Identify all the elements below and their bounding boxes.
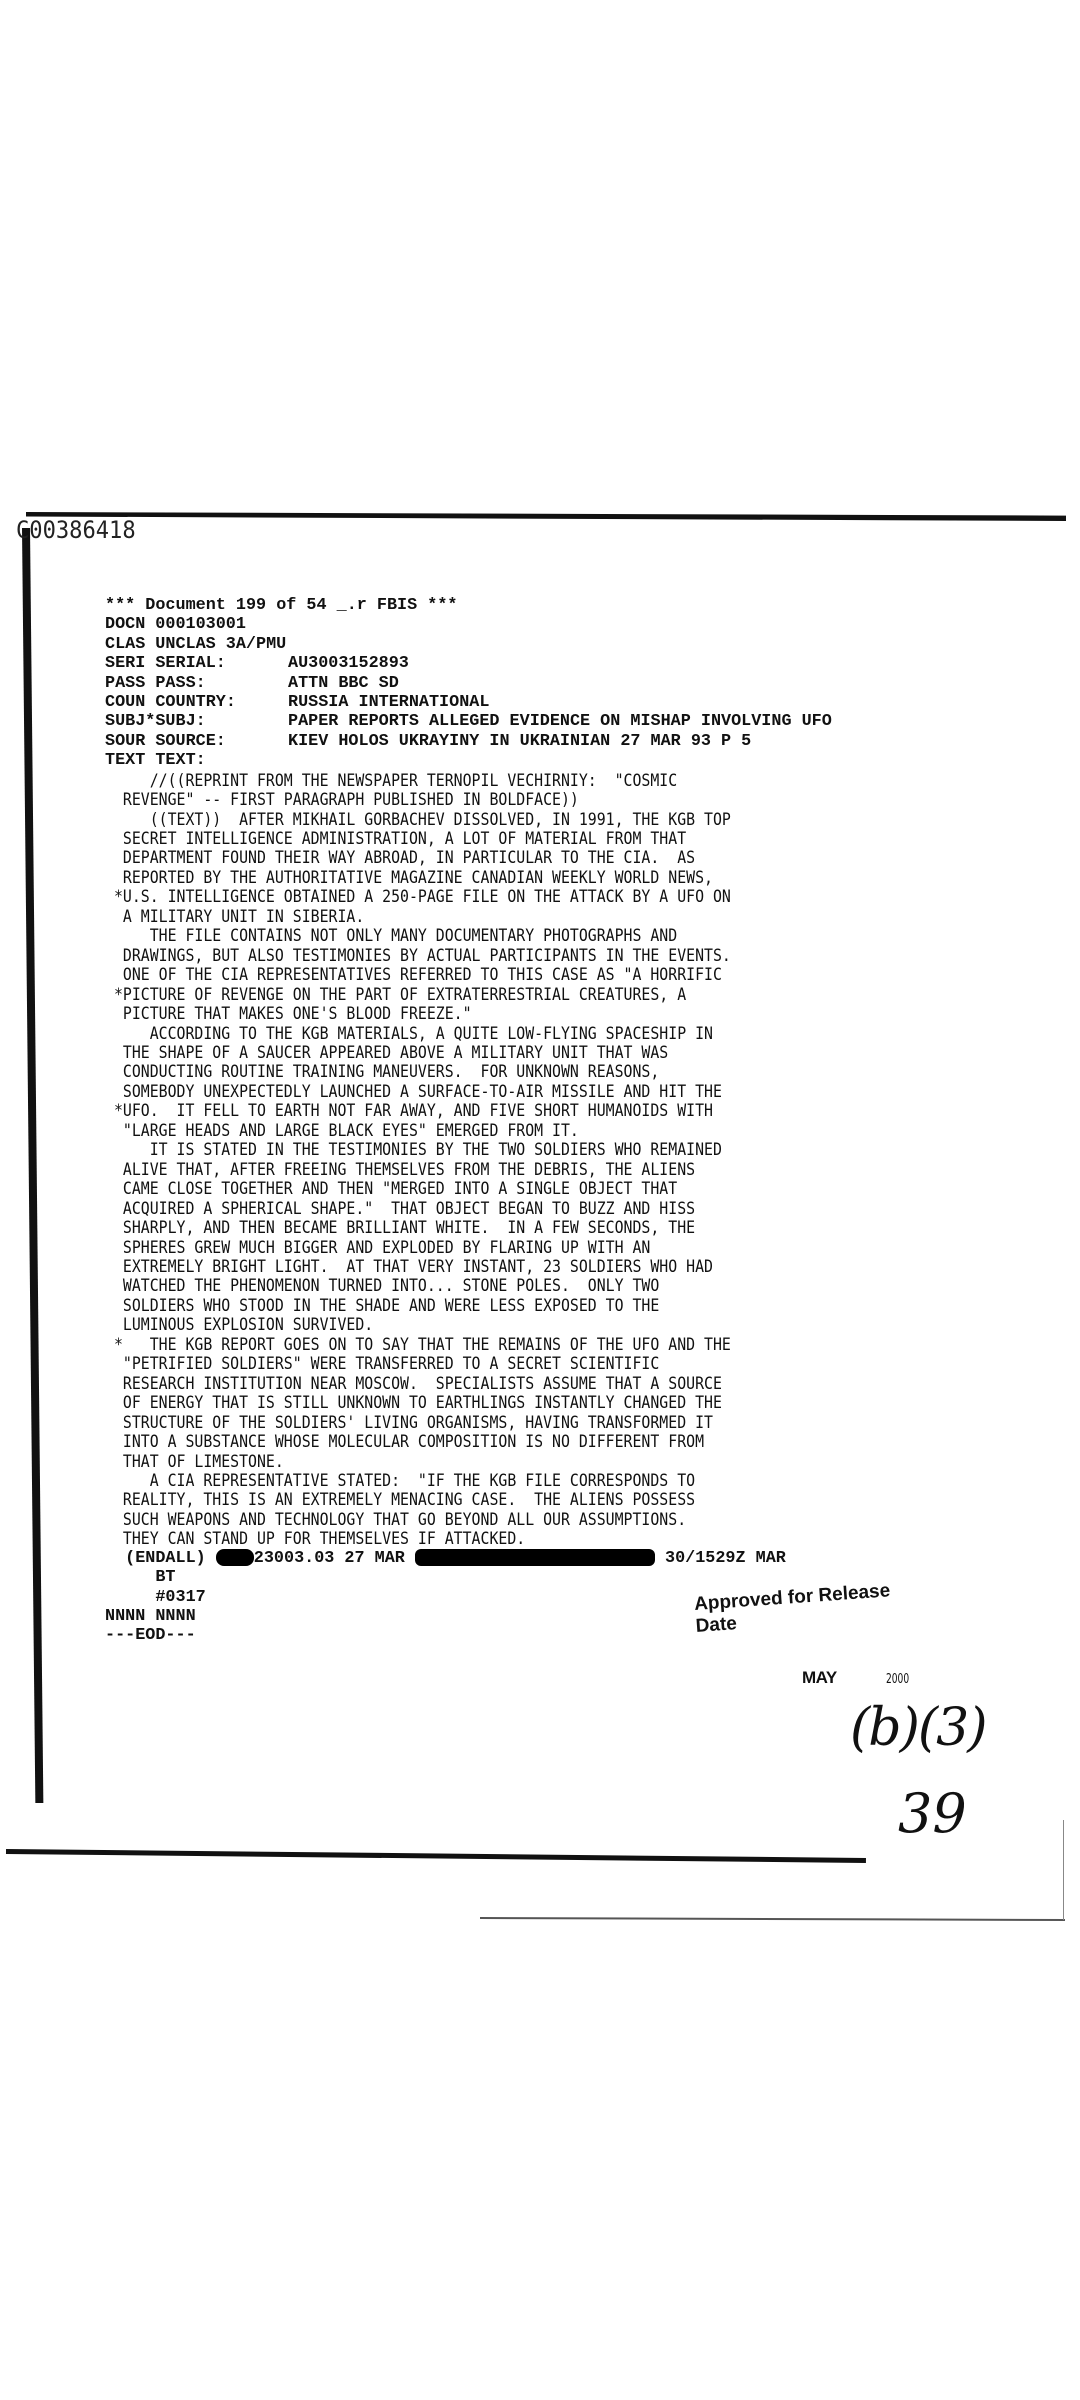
header-field-label: SOUR SOURCE: [105,732,288,751]
top-border-rule [26,512,1066,521]
text-line: CAME CLOSE TOGETHER AND THEN "MERGED INT… [105,1179,1005,1198]
header-field-label: SUBJ*SUBJ: [105,712,288,731]
endall-line: (ENDALL) 23003.03 27 MAR 30/1529Z MAR [105,1549,1005,1568]
endall-time: 30/1529Z MAR [655,1549,786,1568]
document-banner: *** Document 199 of 54 _.r FBIS *** [105,596,1005,615]
handwritten-exemption-code: (b)(3) [850,1698,986,1758]
text-line: ONE OF THE CIA REPRESENTATIVES REFERRED … [105,965,1005,984]
text-line: CONDUCTING ROUTINE TRAINING MANEUVERS. F… [105,1062,1005,1081]
text-line: *U.S. INTELLIGENCE OBTAINED A 250-PAGE F… [105,887,1005,906]
text-line: EXTREMELY BRIGHT LIGHT. AT THAT VERY INS… [105,1257,1005,1276]
redaction-block [216,1549,254,1566]
header-field-label: PASS PASS: [105,674,288,693]
article-text: //((REPRINT FROM THE NEWSPAPER TERNOPIL … [105,771,1005,1549]
header-field-value: 000103001 [155,615,246,634]
text-line: A MILITARY UNIT IN SIBERIA. [105,907,1005,926]
text-line: ((TEXT)) AFTER MIKHAIL GORBACHEV DISSOLV… [105,810,1005,829]
header-field: CLASUNCLAS 3A/PMU [105,635,1005,654]
header-field-label: COUN COUNTRY: [105,693,288,712]
header-field-label: DOCN [105,615,145,634]
text-line: INTO A SUBSTANCE WHOSE MOLECULAR COMPOSI… [105,1432,1005,1451]
text-line: *UFO. IT FELL TO EARTH NOT FAR AWAY, AND… [105,1101,1005,1120]
header-field-label: TEXT TEXT: [105,751,288,770]
header-field: PASS PASS:ATTN BBC SD [105,674,1005,693]
text-line: REALITY, THIS IS AN EXTREMELY MENACING C… [105,1490,1005,1509]
text-line: SOMEBODY UNEXPECTEDLY LAUNCHED A SURFACE… [105,1082,1005,1101]
text-line: REVENGE" -- FIRST PARAGRAPH PUBLISHED IN… [105,790,1005,809]
text-line: PICTURE THAT MAKES ONE'S BLOOD FREEZE." [105,1004,1005,1023]
text-line: THAT OF LIMESTONE. [105,1452,1005,1471]
text-line: "LARGE HEADS AND LARGE BLACK EYES" EMERG… [105,1121,1005,1140]
text-line: THE SHAPE OF A SAUCER APPEARED ABOVE A M… [105,1043,1005,1062]
text-line: STRUCTURE OF THE SOLDIERS' LIVING ORGANI… [105,1413,1005,1432]
text-line: IT IS STATED IN THE TESTIMONIES BY THE T… [105,1140,1005,1159]
text-line: SPHERES GREW MUCH BIGGER AND EXPLODED BY… [105,1238,1005,1257]
text-line: ACCORDING TO THE KGB MATERIALS, A QUITE … [105,1024,1005,1043]
release-year: 2000 [886,1672,909,1687]
header-field-value: UNCLAS 3A/PMU [155,635,286,654]
text-line: THE FILE CONTAINS NOT ONLY MANY DOCUMENT… [105,926,1005,945]
header-field-label: SERI SERIAL: [105,654,288,673]
text-line: * THE KGB REPORT GOES ON TO SAY THAT THE… [105,1335,1005,1354]
header-field: SERI SERIAL:AU3003152893 [105,654,1005,673]
header-field: COUN COUNTRY:RUSSIA INTERNATIONAL [105,693,1005,712]
text-line: A CIA REPRESENTATIVE STATED: "IF THE KGB… [105,1471,1005,1490]
text-line: "PETRIFIED SOLDIERS" WERE TRANSFERRED TO… [105,1354,1005,1373]
header-field-value: KIEV HOLOS UKRAYINY IN UKRAINIAN 27 MAR … [288,732,751,751]
document-control-number: C00386418 [16,516,136,544]
text-line: REPORTED BY THE AUTHORITATIVE MAGAZINE C… [105,868,1005,887]
page-right-edge [1063,1820,1064,1920]
text-line: LUMINOUS EXPLOSION SURVIVED. [105,1315,1005,1334]
text-line: DRAWINGS, BUT ALSO TESTIMONIES BY ACTUAL… [105,946,1005,965]
header-fields: DOCN000103001CLASUNCLAS 3A/PMUSERI SERIA… [105,615,1005,770]
text-line: *PICTURE OF REVENGE ON THE PART OF EXTRA… [105,985,1005,1004]
text-line: RESEARCH INSTITUTION NEAR MOSCOW. SPECIA… [105,1374,1005,1393]
header-field: TEXT TEXT: [105,751,1005,770]
scanned-page: C00386418 *** Document 199 of 54 _.r FBI… [0,0,1080,2400]
text-line: DEPARTMENT FOUND THEIR WAY ABROAD, IN PA… [105,848,1005,867]
header-field: SUBJ*SUBJ:PAPER REPORTS ALLEGED EVIDENCE… [105,712,1005,731]
text-line: SUCH WEAPONS AND TECHNOLOGY THAT GO BEYO… [105,1510,1005,1529]
text-line: SECRET INTELLIGENCE ADMINISTRATION, A LO… [105,829,1005,848]
text-line: ACQUIRED A SPHERICAL SHAPE." THAT OBJECT… [105,1199,1005,1218]
text-line: THEY CAN STAND UP FOR THEMSELVES IF ATTA… [105,1529,1005,1548]
release-month: MAY [802,1668,837,1687]
document-body: *** Document 199 of 54 _.r FBIS *** DOCN… [105,596,1005,1646]
text-line: SHARPLY, AND THEN BECAME BRILLIANT WHITE… [105,1218,1005,1237]
header-field-value: RUSSIA INTERNATIONAL [288,693,489,712]
header-field: SOUR SOURCE:KIEV HOLOS UKRAYINY IN UKRAI… [105,732,1005,751]
header-field-label: CLAS [105,635,145,654]
release-date: MAY 2000 [802,1668,914,1688]
header-field-value: AU3003152893 [288,654,409,673]
handwritten-page-number: 39 [898,1782,967,1845]
page-bottom-edge [480,1917,1065,1921]
text-line: WATCHED THE PHENOMENON TURNED INTO... ST… [105,1276,1005,1295]
bottom-border-rule [6,1849,866,1863]
text-line: ALIVE THAT, AFTER FREEING THEMSELVES FRO… [105,1160,1005,1179]
left-border-rule [22,528,43,1803]
header-field: DOCN000103001 [105,615,1005,634]
endall-dtg: 23003.03 27 MAR [254,1549,415,1568]
endall-prefix: (ENDALL) [105,1549,216,1568]
redaction-block [415,1549,655,1566]
text-line: SOLDIERS WHO STOOD IN THE SHADE AND WERE… [105,1296,1005,1315]
text-line: OF ENERGY THAT IS STILL UNKNOWN TO EARTH… [105,1393,1005,1412]
trailer-line: ---EOD--- [105,1626,1005,1645]
header-field-value: PAPER REPORTS ALLEGED EVIDENCE ON MISHAP… [288,712,832,731]
text-line: //((REPRINT FROM THE NEWSPAPER TERNOPIL … [105,771,1005,790]
header-field-value: ATTN BBC SD [288,674,399,693]
